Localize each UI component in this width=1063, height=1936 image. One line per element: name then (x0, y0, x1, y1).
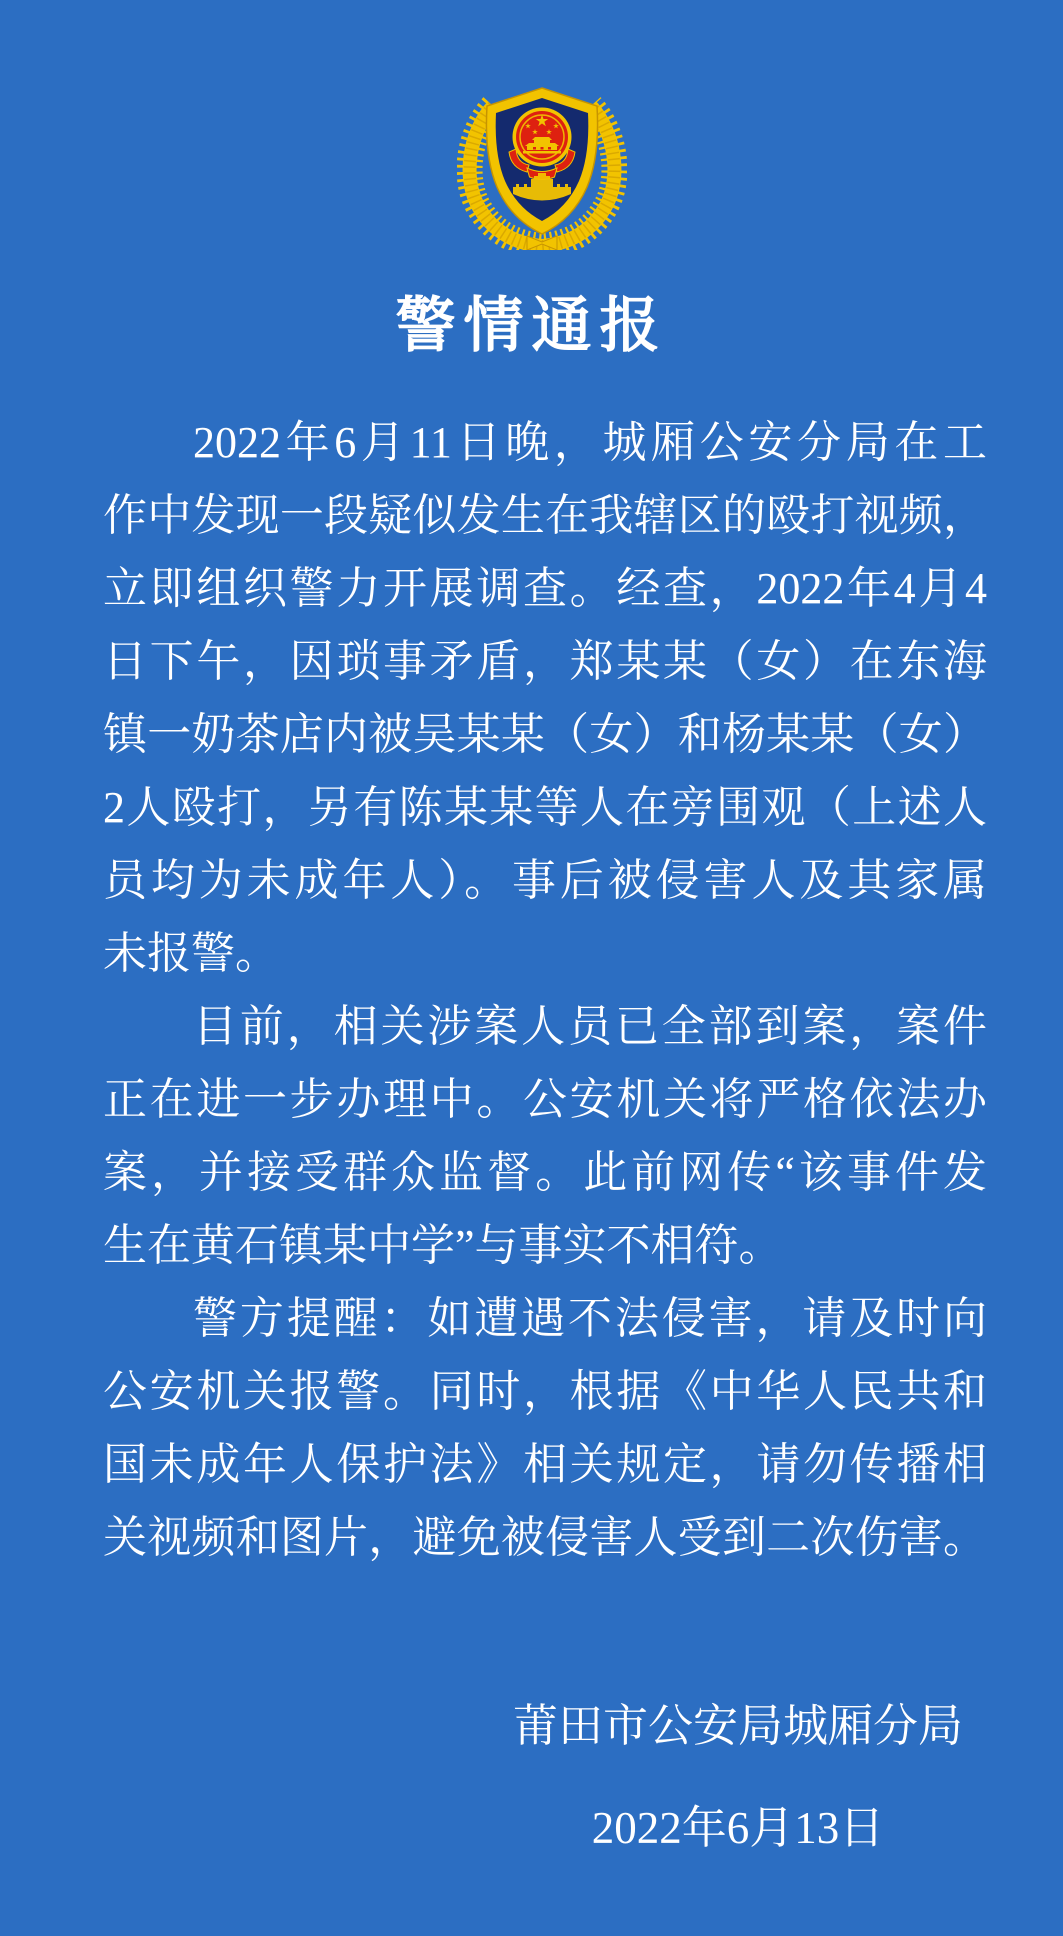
body-line: 未报警。 (103, 917, 987, 990)
body-line: 作中发现一段疑似发生在我辖区的殴打视频， (103, 479, 987, 552)
body-line: 生在黄石镇某中学”与事实不相符。 (103, 1209, 987, 1282)
issuing-agency: 莆田市公安局城厢分局 (513, 1693, 963, 1759)
police-notice-page: 警情通报 2022年6月11日晚，城厢公安分局在工 作中发现一段疑似发生在我辖区… (0, 0, 1063, 1936)
body-line: 2人殴打，另有陈某某等人在旁围观（上述人 (103, 771, 987, 844)
notice-body: 2022年6月11日晚，城厢公安分局在工 作中发现一段疑似发生在我辖区的殴打视频… (103, 406, 987, 1574)
body-line: 正在进一步办理中。公安机关将严格依法办 (103, 1063, 987, 1136)
signature-block: 莆田市公安局城厢分局 2022年6月13日 (513, 1693, 963, 1861)
body-line: 国未成年人保护法》相关规定，请勿传播相 (103, 1428, 987, 1501)
body-line: 员均为未成年人）。事后被侵害人及其家属 (103, 844, 987, 917)
issue-date: 2022年6月13日 (513, 1795, 963, 1861)
body-line: 案，并接受群众监督。此前网传“该事件发 (103, 1136, 987, 1209)
body-line: 目前，相关涉案人员已全部到案，案件 (103, 990, 987, 1063)
body-line: 公安机关报警。同时，根据《中华人民共和 (103, 1355, 987, 1428)
page-title: 警情通报 (0, 278, 1063, 364)
body-line: 警方提醒：如遭遇不法侵害，请及时向 (103, 1282, 987, 1355)
body-line: 日下午，因琐事矛盾，郑某某（女）在东海 (103, 625, 987, 698)
body-line: 立即组织警力开展调查。经查，2022年4月4 (103, 552, 987, 625)
police-badge-icon (457, 80, 627, 250)
body-line: 镇一奶茶店内被吴某某（女）和杨某某（女） (103, 698, 987, 771)
body-line: 2022年6月11日晚，城厢公安分局在工 (103, 406, 987, 479)
body-line: 关视频和图片，避免被侵害人受到二次伤害。 (103, 1501, 987, 1574)
